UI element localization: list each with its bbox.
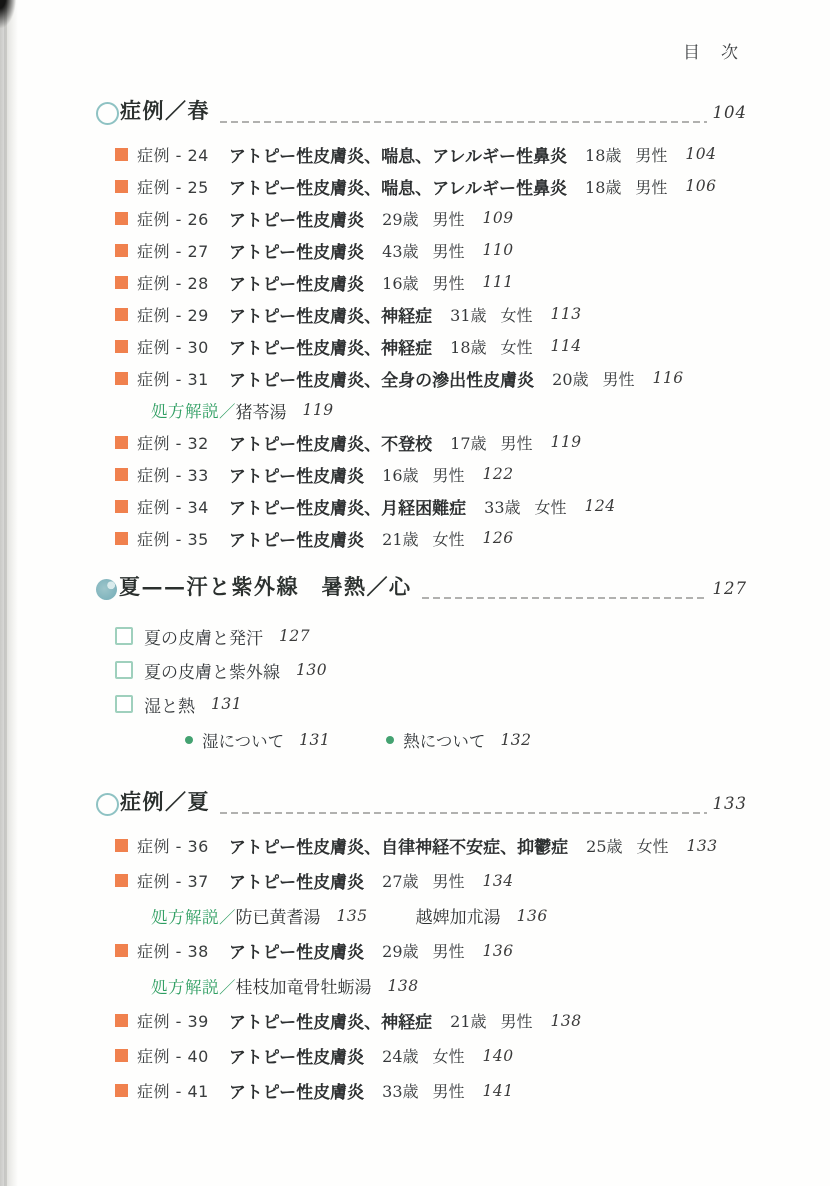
- case-page-number: 109: [483, 209, 514, 227]
- square-bullet-icon: [115, 180, 128, 193]
- case-page-number: 104: [685, 145, 716, 163]
- case-condition: アトピー性皮膚炎: [229, 462, 364, 487]
- dotted-leader: [220, 812, 707, 814]
- case-entry-row: 症例 - 24 アトピー性皮膚炎、喘息、アレルギー性鼻炎 18歳 男性 104: [115, 138, 747, 170]
- case-label: 症例 - 26: [137, 207, 209, 230]
- case-age: 21歳: [382, 527, 418, 550]
- case-age: 16歳: [382, 271, 418, 294]
- case-condition: アトピー性皮膚炎: [229, 868, 364, 893]
- topic-page-number: 131: [211, 695, 242, 713]
- prescription-name: 猪苓湯: [236, 398, 287, 423]
- square-bullet-icon: [115, 944, 128, 957]
- square-outline-icon: [115, 661, 133, 679]
- prescription-item: 防已黄耆湯 135: [236, 903, 368, 928]
- case-page-number: 124: [585, 497, 616, 515]
- toc-section: 症例／夏 133 症例 - 36 アトピー性皮膚炎、自律神経不安症、抑鬱症 25…: [115, 786, 747, 1108]
- case-gender: 男性: [635, 175, 667, 198]
- prescription-page-number: 119: [303, 401, 334, 419]
- prescription-page-number: 138: [388, 977, 419, 995]
- case-label: 症例 - 40: [137, 1044, 209, 1067]
- square-bullet-icon: [115, 874, 128, 887]
- prescription-item: 越婢加朮湯 136: [416, 903, 548, 928]
- case-label: 症例 - 31: [137, 367, 209, 390]
- case-age: 31歳: [450, 303, 486, 326]
- section-page-number: 133: [713, 794, 748, 813]
- case-gender: 男性: [433, 939, 465, 962]
- case-gender: 女性: [637, 834, 669, 857]
- square-bullet-icon: [115, 500, 128, 513]
- book-page: 目 次 症例／春 104 症例 - 24 アトピー性皮膚炎、喘息、アレルギー性鼻…: [0, 0, 830, 1108]
- prescription-label: 処方解説: [151, 398, 219, 422]
- case-age: 27歳: [382, 869, 418, 892]
- case-entry-row: 症例 - 35 アトピー性皮膚炎 21歳 女性 126: [115, 522, 747, 554]
- square-bullet-icon: [115, 436, 128, 449]
- case-entry-row: 症例 - 33 アトピー性皮膚炎 16歳 男性 122: [115, 458, 747, 490]
- case-condition: アトピー性皮膚炎、月経困難症: [229, 494, 466, 519]
- case-condition: アトピー性皮膚炎: [229, 1078, 364, 1103]
- case-page-number: 111: [483, 273, 514, 291]
- case-gender: 男性: [433, 869, 465, 892]
- prescription-label: 処方解説: [151, 904, 219, 928]
- section-page-number: 104: [713, 103, 748, 122]
- case-entry-row: 症例 - 28 アトピー性皮膚炎 16歳 男性 111: [115, 266, 747, 298]
- case-label: 症例 - 25: [137, 175, 209, 198]
- case-condition: アトピー性皮膚炎: [229, 238, 364, 263]
- subtopic-row: 湿について 131 熱について 132: [185, 723, 747, 757]
- page-edge-shadow: [0, 0, 18, 1186]
- topic-row: 夏の皮膚と発汗 127: [115, 619, 747, 653]
- prescription-row: 処方解説 ／ 防已黄耆湯 135 越婢加朮湯 136: [151, 898, 747, 933]
- case-age: 20歳: [552, 367, 588, 390]
- section-title: 症例／夏: [120, 786, 210, 816]
- prescription-name: 防已黄耆湯: [236, 903, 321, 928]
- square-bullet-icon: [115, 212, 128, 225]
- case-age: 43歳: [382, 239, 418, 262]
- section-heading: 夏——汗と紫外線 暑熱／心 127: [96, 571, 747, 607]
- prescription-page-number: 135: [337, 907, 368, 925]
- slash-separator: ／: [219, 904, 236, 928]
- case-page-number: 136: [483, 942, 514, 960]
- case-entry-row: 症例 - 36 アトピー性皮膚炎、自律神経不安症、抑鬱症 25歳 女性 133: [115, 828, 747, 863]
- case-gender: 男性: [433, 463, 465, 486]
- dotted-leader: [220, 121, 707, 123]
- case-entry-row: 症例 - 37 アトピー性皮膚炎 27歳 男性 134: [115, 863, 747, 898]
- case-condition: アトピー性皮膚炎、神経症: [229, 302, 432, 327]
- case-gender: 男性: [501, 431, 533, 454]
- case-page-number: 113: [551, 305, 582, 323]
- case-age: 29歳: [382, 939, 418, 962]
- case-entry-row: 症例 - 30 アトピー性皮膚炎、神経症 18歳 女性 114: [115, 330, 747, 362]
- case-gender: 男性: [433, 239, 465, 262]
- case-gender: 男性: [433, 271, 465, 294]
- case-age: 17歳: [450, 431, 486, 454]
- section-heading: 症例／春 104: [96, 95, 747, 131]
- case-gender: 女性: [501, 335, 533, 358]
- case-gender: 女性: [433, 1044, 465, 1067]
- prescription-name: 越婢加朮湯: [416, 903, 501, 928]
- circle-outline-icon: [96, 793, 119, 816]
- case-age: 18歳: [450, 335, 486, 358]
- dot-bullet-icon: [185, 736, 193, 744]
- topic-title: 湿と熱: [144, 692, 195, 717]
- case-label: 症例 - 29: [137, 303, 209, 326]
- case-label: 症例 - 38: [137, 939, 209, 962]
- case-condition: アトピー性皮膚炎、神経症: [229, 334, 432, 359]
- case-label: 症例 - 28: [137, 271, 209, 294]
- dot-bullet-icon: [386, 736, 394, 744]
- case-page-number: 116: [653, 369, 684, 387]
- square-bullet-icon: [115, 1014, 128, 1027]
- section-page-number: 127: [713, 579, 748, 598]
- case-entry-row: 症例 - 41 アトピー性皮膚炎 33歳 男性 141: [115, 1073, 747, 1108]
- square-bullet-icon: [115, 532, 128, 545]
- prescription-row: 処方解説 ／ 桂枝加竜骨牡蛎湯 138: [151, 968, 747, 1003]
- page-header: 目 次: [0, 0, 830, 63]
- case-entry-row: 症例 - 39 アトピー性皮膚炎、神経症 21歳 男性 138: [115, 1003, 747, 1038]
- prescription-item: 桂枝加竜骨牡蛎湯 138: [236, 973, 419, 998]
- toc-section: 症例／春 104 症例 - 24 アトピー性皮膚炎、喘息、アレルギー性鼻炎 18…: [115, 95, 747, 554]
- topic-title: 夏の皮膚と発汗: [144, 624, 263, 649]
- case-condition: アトピー性皮膚炎: [229, 206, 364, 231]
- toc-content: 症例／春 104 症例 - 24 アトピー性皮膚炎、喘息、アレルギー性鼻炎 18…: [115, 95, 747, 1108]
- case-age: 29歳: [382, 207, 418, 230]
- case-page-number: 138: [551, 1012, 582, 1030]
- case-label: 症例 - 37: [137, 869, 209, 892]
- case-page-number: 110: [483, 241, 514, 259]
- case-condition: アトピー性皮膚炎: [229, 938, 364, 963]
- case-condition: アトピー性皮膚炎、自律神経不安症、抑鬱症: [229, 833, 568, 858]
- scan-corner-mark: [0, 0, 16, 28]
- case-label: 症例 - 30: [137, 335, 209, 358]
- case-page-number: 106: [685, 177, 716, 195]
- case-entry-row: 症例 - 25 アトピー性皮膚炎、喘息、アレルギー性鼻炎 18歳 男性 106: [115, 170, 747, 202]
- case-age: 21歳: [450, 1009, 486, 1032]
- case-age: 25歳: [586, 834, 622, 857]
- case-label: 症例 - 36: [137, 834, 209, 857]
- case-page-number: 119: [551, 433, 582, 451]
- case-gender: 男性: [433, 207, 465, 230]
- case-condition: アトピー性皮膚炎、不登校: [229, 430, 432, 455]
- prescription-page-number: 136: [517, 907, 548, 925]
- square-bullet-icon: [115, 1049, 128, 1062]
- case-age: 33歳: [382, 1079, 418, 1102]
- case-entry-row: 症例 - 38 アトピー性皮膚炎 29歳 男性 136: [115, 933, 747, 968]
- case-label: 症例 - 27: [137, 239, 209, 262]
- case-label: 症例 - 32: [137, 431, 209, 454]
- case-page-number: 133: [687, 837, 718, 855]
- case-page-number: 126: [483, 529, 514, 547]
- case-gender: 男性: [501, 1009, 533, 1032]
- subtopic-page-number: 132: [500, 731, 531, 749]
- prescription-row: 処方解説 ／ 猪苓湯 119: [151, 394, 747, 426]
- section-heading: 症例／夏 133: [96, 786, 747, 822]
- case-entry-row: 症例 - 34 アトピー性皮膚炎、月経困難症 33歳 女性 124: [115, 490, 747, 522]
- square-bullet-icon: [115, 340, 128, 353]
- topic-title: 夏の皮膚と紫外線: [144, 658, 280, 683]
- case-gender: 女性: [433, 527, 465, 550]
- case-entry-row: 症例 - 32 アトピー性皮膚炎、不登校 17歳 男性 119: [115, 426, 747, 458]
- square-bullet-icon: [115, 372, 128, 385]
- section-title: 夏——汗と紫外線 暑熱／心: [119, 571, 412, 601]
- case-condition: アトピー性皮膚炎、喘息、アレルギー性鼻炎: [229, 142, 567, 167]
- case-page-number: 134: [483, 872, 514, 890]
- case-gender: 男性: [603, 367, 635, 390]
- case-label: 症例 - 39: [137, 1009, 209, 1032]
- case-age: 18歳: [585, 175, 621, 198]
- square-outline-icon: [115, 627, 133, 645]
- square-bullet-icon: [115, 148, 128, 161]
- circle-filled-icon: [96, 579, 117, 600]
- slash-separator: ／: [219, 398, 236, 422]
- square-bullet-icon: [115, 276, 128, 289]
- section-title: 症例／春: [120, 95, 210, 125]
- prescription-item: 猪苓湯 119: [236, 398, 334, 423]
- case-age: 18歳: [585, 143, 621, 166]
- case-label: 症例 - 34: [137, 495, 209, 518]
- case-page-number: 140: [483, 1047, 514, 1065]
- case-entry-row: 症例 - 31 アトピー性皮膚炎、全身の滲出性皮膚炎 20歳 男性 116: [115, 362, 747, 394]
- square-bullet-icon: [115, 839, 128, 852]
- square-bullet-icon: [115, 308, 128, 321]
- case-label: 症例 - 33: [137, 463, 209, 486]
- square-bullet-icon: [115, 1084, 128, 1097]
- prescription-name: 桂枝加竜骨牡蛎湯: [236, 973, 372, 998]
- case-gender: 男性: [635, 143, 667, 166]
- subtopic-title: 熱について: [403, 728, 485, 752]
- toc-header-title: 目 次: [683, 43, 740, 63]
- dotted-leader: [422, 597, 707, 599]
- subtopic-title: 湿について: [202, 728, 284, 752]
- case-gender: 女性: [501, 303, 533, 326]
- circle-outline-icon: [96, 102, 119, 125]
- topic-row: 湿と熱 131: [115, 687, 747, 721]
- case-condition: アトピー性皮膚炎: [229, 1043, 364, 1068]
- slash-separator: ／: [219, 974, 236, 998]
- topic-page-number: 127: [279, 627, 310, 645]
- case-entry-row: 症例 - 27 アトピー性皮膚炎 43歳 男性 110: [115, 234, 747, 266]
- case-condition: アトピー性皮膚炎: [229, 270, 364, 295]
- square-bullet-icon: [115, 244, 128, 257]
- toc-section: 夏——汗と紫外線 暑熱／心 127 夏の皮膚と発汗 127 夏の皮膚と紫外線 1…: [115, 571, 747, 757]
- case-label: 症例 - 41: [137, 1079, 209, 1102]
- case-entry-row: 症例 - 40 アトピー性皮膚炎 24歳 女性 140: [115, 1038, 747, 1073]
- case-condition: アトピー性皮膚炎、喘息、アレルギー性鼻炎: [229, 174, 567, 199]
- case-page-number: 122: [483, 465, 514, 483]
- case-age: 33歳: [484, 495, 520, 518]
- subtopic-page-number: 131: [299, 731, 330, 749]
- case-condition: アトピー性皮膚炎: [229, 526, 364, 551]
- topic-page-number: 130: [296, 661, 327, 679]
- case-entry-row: 症例 - 29 アトピー性皮膚炎、神経症 31歳 女性 113: [115, 298, 747, 330]
- case-label: 症例 - 24: [137, 143, 209, 166]
- case-condition: アトピー性皮膚炎、全身の滲出性皮膚炎: [229, 366, 534, 391]
- page-edge-line: [4, 0, 7, 1186]
- subtopic-item: 熱について 132: [386, 728, 531, 752]
- case-entry-row: 症例 - 26 アトピー性皮膚炎 29歳 男性 109: [115, 202, 747, 234]
- square-bullet-icon: [115, 468, 128, 481]
- case-condition: アトピー性皮膚炎、神経症: [229, 1008, 432, 1033]
- square-outline-icon: [115, 695, 133, 713]
- topic-row: 夏の皮膚と紫外線 130: [115, 653, 747, 687]
- case-gender: 女性: [535, 495, 567, 518]
- case-age: 24歳: [382, 1044, 418, 1067]
- case-label: 症例 - 35: [137, 527, 209, 550]
- case-age: 16歳: [382, 463, 418, 486]
- case-page-number: 141: [483, 1082, 514, 1100]
- subtopic-item: 湿について 131: [185, 728, 330, 752]
- case-page-number: 114: [551, 337, 582, 355]
- case-gender: 男性: [433, 1079, 465, 1102]
- prescription-label: 処方解説: [151, 974, 219, 998]
